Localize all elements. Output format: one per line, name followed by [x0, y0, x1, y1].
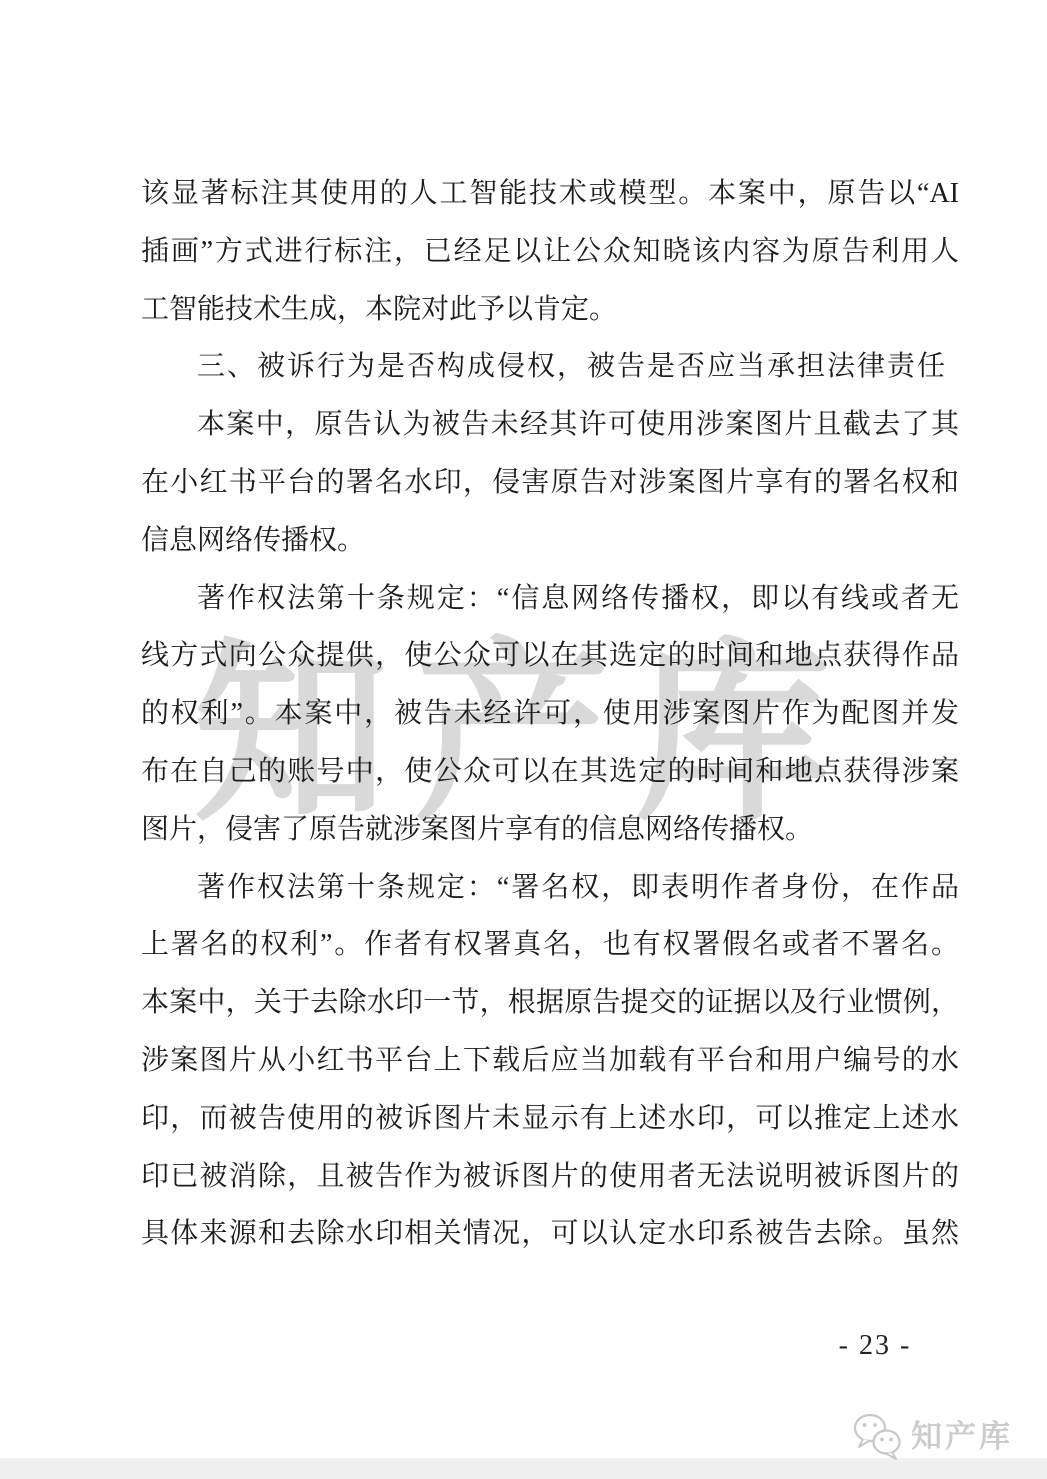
- text-line: 图片，侵害了原告就涉案图片享有的信息网络传播权。: [141, 801, 959, 859]
- text-line: 布在自己的账号中，使公众可以在其选定的时间和地点获得涉案: [141, 743, 959, 801]
- text-line: 印，而被告使用的被诉图片未显示有上述水印，可以推定上述水: [141, 1090, 959, 1148]
- text-line: 信息网络传播权。: [141, 512, 959, 570]
- section-heading: 三、被诉行为是否构成侵权，被告是否应当承担法律责任: [141, 338, 959, 396]
- text-line: 在小红书平台的署名水印，侵害原告对涉案图片享有的署名权和: [141, 454, 959, 512]
- wechat-icon: [851, 1412, 903, 1460]
- text-line: 工智能技术生成，本院对此予以肯定。: [141, 281, 959, 339]
- text-line: 线方式向公众提供，使公众可以在其选定的时间和地点获得作品: [141, 627, 959, 685]
- text-line: 著作权法第十条规定：“署名权，即表明作者身份，在作品: [141, 859, 959, 917]
- text-line: 的权利”。本案中，被告未经许可，使用涉案图片作为配图并发: [141, 685, 959, 743]
- text-line: 涉案图片从小红书平台上下载后应当加载有平台和用户编号的水: [141, 1032, 959, 1090]
- text-line: 上署名的权利”。作者有权署真名，也有权署假名或者不署名。: [141, 916, 959, 974]
- text-line: 本案中，原告认为被告未经其许可使用涉案图片且截去了其: [141, 396, 959, 454]
- text-line: 著作权法第十条规定：“信息网络传播权，即以有线或者无: [141, 570, 959, 628]
- text-line: 印已被消除，且被告作为被诉图片的使用者无法说明被诉图片的: [141, 1148, 959, 1206]
- footer-strip: [0, 1458, 1047, 1479]
- text-line: 插画”方式进行标注，已经足以让公众知晓该内容为原告利用人: [141, 223, 959, 281]
- document-body: 该显著标注其使用的人工智能技术或模型。本案中，原告以“AI 插画”方式进行标注，…: [141, 165, 959, 1263]
- text-line: 本案中，关于去除水印一节，根据原告提交的证据以及行业惯例，: [141, 974, 959, 1032]
- text-line: 具体来源和去除水印相关情况，可以认定水印系被告去除。虽然: [141, 1205, 959, 1263]
- footer-badge: 知产库: [851, 1412, 1013, 1460]
- footer-badge-label: 知产库: [911, 1421, 1013, 1452]
- text-line: 该显著标注其使用的人工智能技术或模型。本案中，原告以“AI: [141, 165, 959, 223]
- document-page: 知产库 该显著标注其使用的人工智能技术或模型。本案中，原告以“AI 插画”方式进…: [0, 0, 1047, 1479]
- page-number: - 23 -: [820, 1330, 930, 1362]
